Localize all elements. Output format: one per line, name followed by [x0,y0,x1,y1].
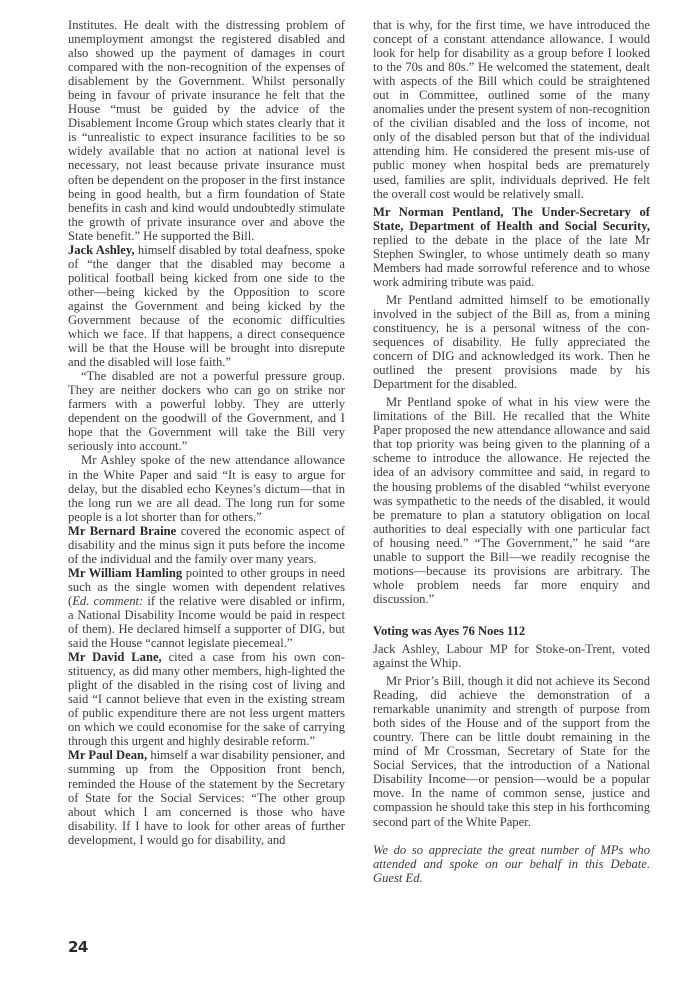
speaker-name: Mr Bernard Braine [68,524,176,538]
paragraph-dean-continued: that is why, for the first time, we have… [373,18,650,201]
paragraph-voting: Jack Ashley, Labour MP for Stoke-on-Tren… [373,642,650,670]
paragraph-pentland-limitations: Mr Pentland spoke of what in his view we… [373,395,650,606]
speaker-name: Mr David Lane, [68,650,162,664]
paragraph-ashley: Jack Ashley, himself disabled by total d… [68,243,345,369]
paragraph-prior-bill: Mr Prior’s Bill, though it did not achie… [373,674,650,829]
editor-comment-label: Ed. comment: [72,594,143,608]
paragraph-braine: Mr Bernard Braine covered the economic a… [68,524,345,566]
speaker-name: Jack Ashley, [68,243,135,257]
paragraph-pentland-emotional: Mr Pentland admitted himself to be emoti… [373,293,650,391]
page-number: 24 [68,940,88,954]
speaker-name: Mr Norman Pentland, The Under-Secretary … [373,205,650,233]
paragraph-dean: Mr Paul Dean, himself a war disability p… [68,748,345,846]
paragraph-pentland: Mr Norman Pentland, The Under-Secretary … [373,205,650,289]
speaker-name: Mr Paul Dean, [68,748,147,762]
paragraph-ashley-allowance: Mr Ashley spoke of the new attendance al… [68,453,345,523]
document-page: Institutes. He dealt with the distressin… [0,0,690,990]
paragraph-insurance: Institutes. He dealt with the distressin… [68,18,345,243]
paragraph-lane: Mr David Lane, cited a case from his own… [68,650,345,748]
paragraph-hamling: Mr William Hamling pointed to other grou… [68,566,345,650]
editor-closing-note: We do so appreciate the great number of … [373,843,650,885]
speaker-name: Mr William Hamling [68,566,182,580]
voting-heading: Voting was Ayes 76 Noes 112 [373,624,650,638]
right-column: that is why, for the first time, we have… [373,18,650,885]
paragraph-ashley-quote: “The disabled are not a powerful pressur… [68,369,345,453]
left-column: Institutes. He dealt with the distressin… [68,18,345,847]
